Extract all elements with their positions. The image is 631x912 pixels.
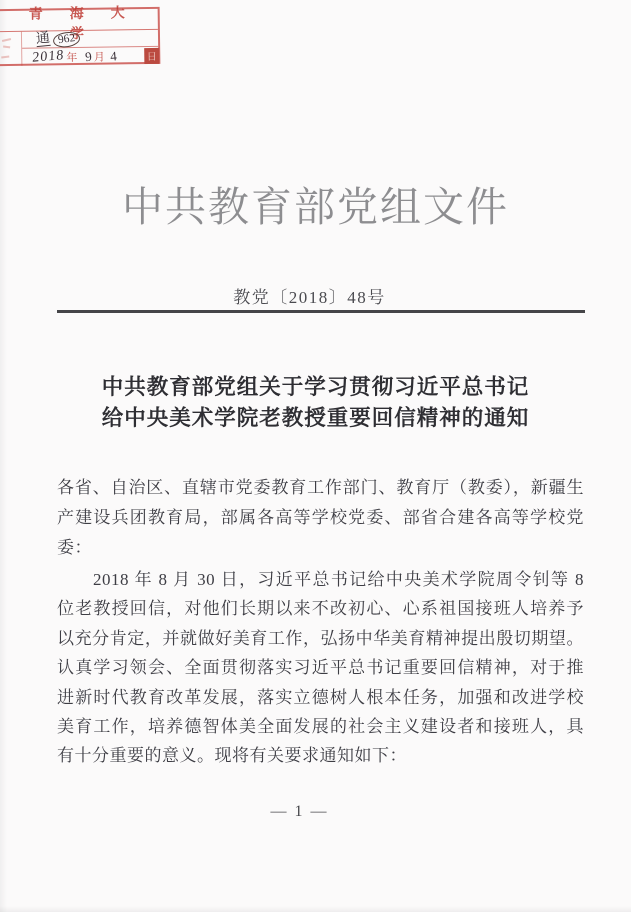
scan-edge-shadow-left (0, 0, 7, 912)
stamp-left-label-column (0, 32, 22, 66)
addressee-line: 产建设兵团教育局，部属各高等学校党委、部省合建各高等学校党 (57, 503, 584, 533)
stamp-year-label: 年 (66, 48, 77, 64)
body-line: 2018 年 8 月 30 日，习近平总书记给中央美术学院周令钊等 8 (57, 565, 584, 594)
body-paragraph: 2018 年 8 月 30 日，习近平总书记给中央美术学院周令钊等 8 位老教授… (57, 565, 584, 771)
stamp-month-handwritten: 9 (84, 48, 92, 65)
stamp-register-row: 通 962 (22, 30, 158, 48)
subject-title-line1: 中共教育部党组关于学习贯彻习近平总书记 (0, 372, 631, 403)
masthead-separator-line (57, 310, 585, 313)
subject-title: 中共教育部党组关于学习贯彻习近平总书记 给中央美术学院老教授重要回信精神的通知 (0, 372, 631, 434)
body-line: 以充分肯定，并就做好美育工作，弘扬中华美育精神提出殷切期望。 (57, 624, 584, 653)
subject-title-line2: 给中央美术学院老教授重要回信精神的通知 (0, 403, 631, 434)
scan-edge-shadow-bottom (0, 906, 631, 912)
page-number: — 1 — (0, 803, 599, 821)
faded-stamp-stroke (1, 56, 9, 59)
body-line: 认真学习领会、全面贯彻落实习近平总书记重要回信精神，对于推 (57, 653, 584, 682)
body-line: 位老教授回信，对他们长期以来不改初心、心系祖国接班人培养予 (57, 594, 584, 623)
scanned-document-page: 青海大学 通 962 2018 年 9 月 4 日 (0, 0, 631, 912)
body-line: 进新时代教育改革发展，落实立德树人根本任务，加强和改进学校 (57, 683, 584, 712)
body-line: 美育工作，培养德智体美全面发展的社会主义建设者和接班人，具 (57, 712, 584, 741)
stamp-day-label-box: 日 (144, 47, 159, 63)
stamp-month-label: 月 (94, 48, 105, 64)
stamp-day-handwritten: 4 (109, 48, 117, 64)
faded-stamp-stroke (3, 46, 10, 49)
stamp-register-prefix-handwritten: 通 (35, 32, 50, 47)
stamp-register-number-circled: 962 (52, 30, 81, 49)
stamp-main-cells: 通 962 2018 年 9 月 4 日 (22, 30, 158, 66)
addressee-block: 各省、自治区、直辖市党委教育工作部门、教育厅（教委），新疆生 产建设兵团教育局，… (57, 473, 584, 563)
stamp-year-handwritten: 2018 (32, 47, 65, 66)
receipt-stamp: 青海大学 通 962 2018 年 9 月 4 日 (0, 7, 160, 66)
addressee-line: 委： (57, 533, 584, 563)
addressee-line: 各省、自治区、直辖市党委教育工作部门、教育厅（教委），新疆生 (57, 473, 584, 503)
body-line: 有十分重要的意义。现将有关要求通知如下： (57, 741, 584, 770)
stamp-date-row: 2018 年 9 月 4 日 (22, 46, 158, 66)
stamp-lower-rows: 通 962 2018 年 9 月 4 日 (0, 30, 158, 66)
faded-stamp-stroke (2, 38, 11, 42)
masthead-org-title: 中共教育部党组文件 (0, 174, 631, 233)
stamp-university-row: 青海大学 (0, 9, 158, 32)
document-number: 教党〔2018〕48号 (0, 283, 619, 308)
